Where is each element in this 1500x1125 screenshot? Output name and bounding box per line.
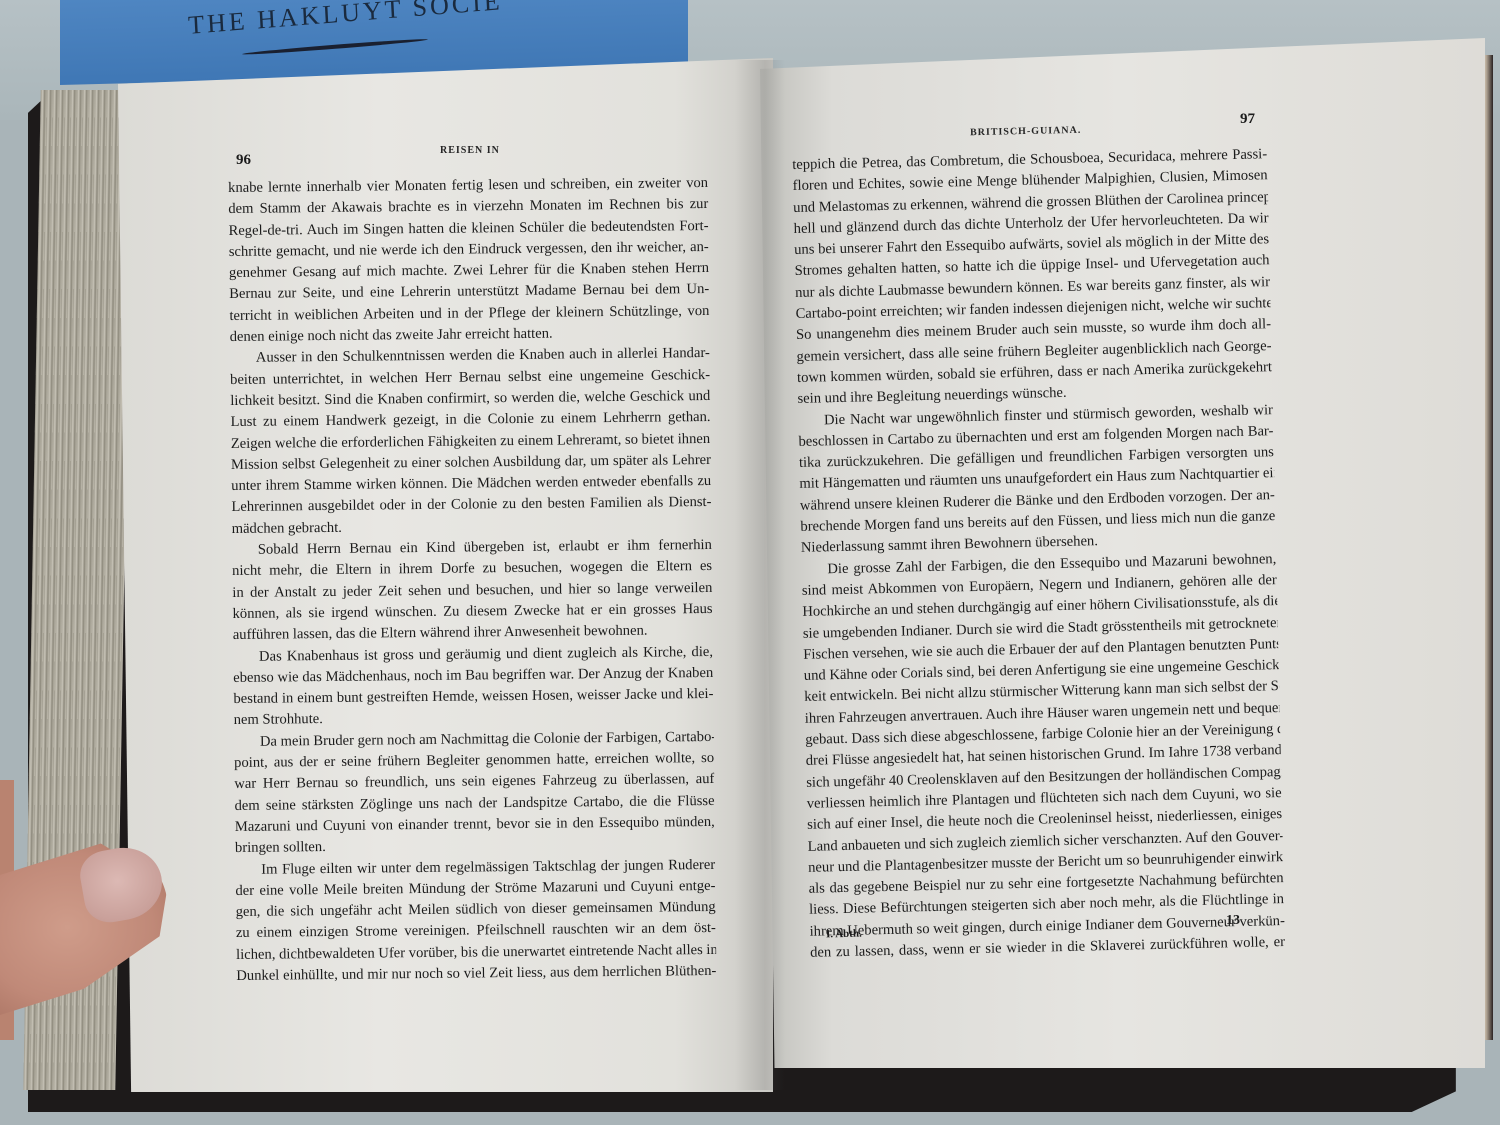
sheet-number: 13 xyxy=(1226,913,1240,929)
ornament-rule xyxy=(242,38,428,57)
left-page-body: knabe lernte innerhalb vier Monaten fert… xyxy=(228,173,716,987)
background-book-title: THE HAKLUYT SOCIE xyxy=(187,0,503,41)
right-page-body: teppich die Petrea, das Combretum, die S… xyxy=(792,144,1285,964)
left-page-number: 96 xyxy=(236,152,251,169)
signature-mark: I. Abth. xyxy=(826,928,862,941)
book-gutter xyxy=(735,60,785,1090)
right-page-number: 97 xyxy=(1240,111,1255,128)
left-running-head: REISEN IN xyxy=(440,145,500,156)
